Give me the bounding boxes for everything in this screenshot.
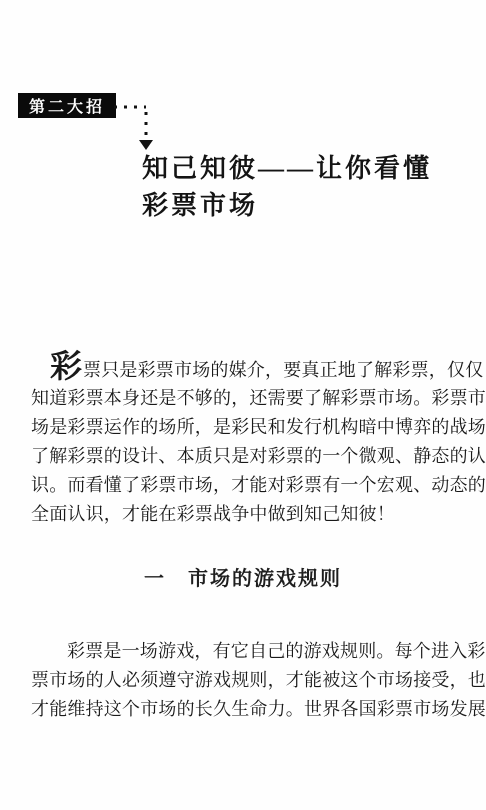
paragraph-line: 票市场的人必须遵守游戏规则，才能被这个市场接受，也 bbox=[31, 666, 483, 695]
paragraph-line: 票只是彩票市场的媒介，要真正地了解彩票，仅仅 bbox=[31, 349, 483, 384]
section-heading: 一市场的游戏规则 bbox=[0, 562, 486, 591]
section-number: 一 bbox=[144, 568, 166, 590]
chapter-title-line1: 知己知彼——让你看懂 bbox=[142, 150, 432, 187]
paragraph-line: 场是彩票运作的场所，是彩民和发行机构暗中博弈的战场， bbox=[31, 413, 483, 442]
body-paragraph: 彩票是一场游戏，有它自己的游戏规则。每个进入彩 票市场的人必须遵守游戏规则，才能… bbox=[31, 637, 483, 724]
dashed-arrow-down-icon bbox=[110, 98, 160, 154]
intro-paragraph: 彩 票只是彩票市场的媒介，要真正地了解彩票，仅仅 知道彩票本身还是不够的，还需要… bbox=[31, 349, 483, 529]
drop-cap: 彩 bbox=[50, 349, 82, 383]
chapter-title-line2: 彩票市场 bbox=[142, 187, 432, 224]
section-title: 市场的游戏规则 bbox=[188, 568, 342, 590]
paragraph-line: 知道彩票本身还是不够的，还需要了解彩票市场。彩票市 bbox=[31, 384, 483, 413]
chapter-title: 知己知彼——让你看懂 彩票市场 bbox=[142, 150, 432, 224]
chapter-badge-label: 第二大招 bbox=[29, 94, 105, 117]
book-page: 第二大招 知己知彼——让你看懂 彩票市场 彩 票只是彩票市场的媒介，要真正地了解… bbox=[0, 0, 486, 810]
paragraph-line: 了解彩票的设计、本质只是对彩票的一个微观、静态的认 bbox=[31, 442, 483, 471]
paragraph-line: 全面认识，才能在彩票战争中做到知己知彼！ bbox=[31, 500, 483, 529]
chapter-badge: 第二大招 bbox=[18, 93, 116, 118]
paragraph-line: 识。而看懂了彩票市场，才能对彩票有一个宏观、动态的 bbox=[31, 471, 483, 500]
paragraph-line: 彩票是一场游戏，有它自己的游戏规则。每个进入彩 bbox=[31, 637, 483, 666]
paragraph-line: 才能维持这个市场的长久生命力。世界各国彩票市场发展 bbox=[31, 695, 483, 724]
